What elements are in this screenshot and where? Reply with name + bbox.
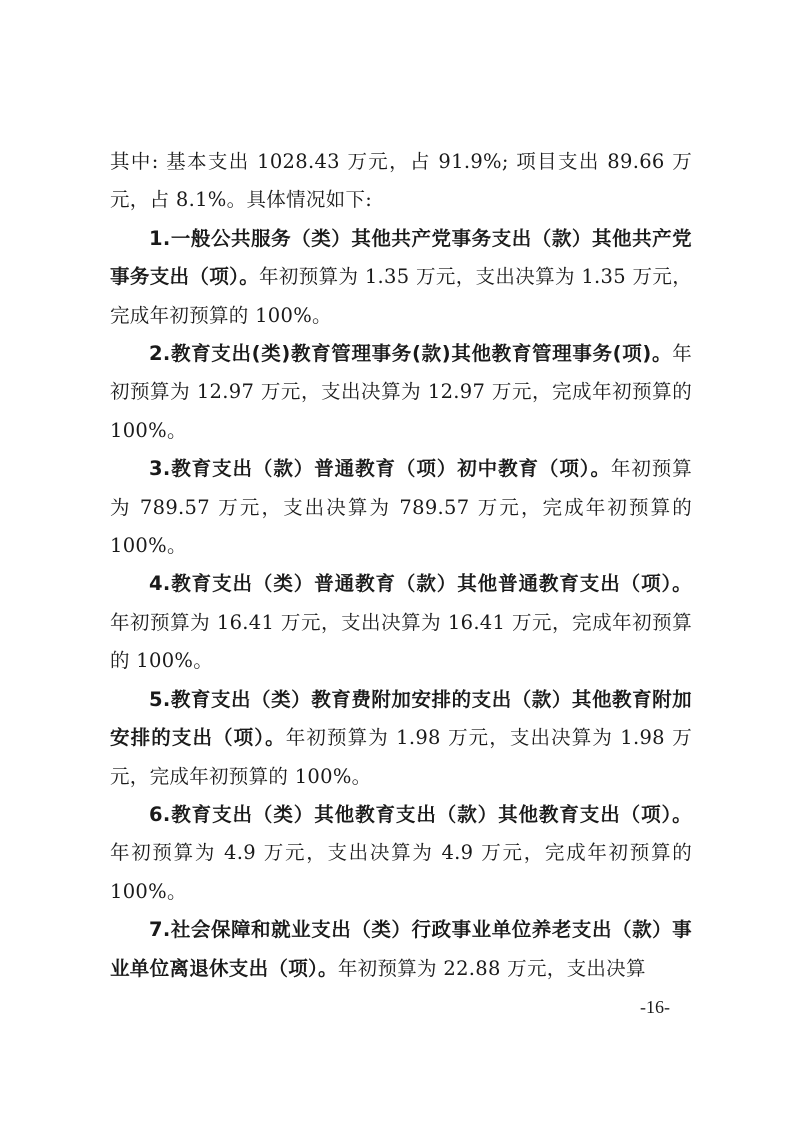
- item-paragraph-3: 3.教育支出（款）普通教育（项）初中教育（项）。年初预算为 789.57 万元，…: [110, 450, 692, 565]
- item-heading: 3.教育支出（款）普通教育（项）初中教育（项）。: [149, 457, 611, 480]
- item-paragraph-7: 7.社会保障和就业支出（类）行政事业单位养老支出（款）事业单位离退休支出（项）。…: [110, 911, 692, 988]
- item-heading: 2.教育支出(类)教育管理事务(款)其他教育管理事务(项)。: [149, 342, 672, 365]
- item-paragraph-1: 1.一般公共服务（类）其他共产党事务支出（款）其他共产党事务支出（项）。年初预算…: [110, 220, 692, 335]
- document-page: 其中: 基本支出 1028.43 万元，占 91.9%; 项目支出 89.66 …: [110, 143, 692, 988]
- intro-paragraph: 其中: 基本支出 1028.43 万元，占 91.9%; 项目支出 89.66 …: [110, 143, 692, 220]
- intro-text: 其中: 基本支出 1028.43 万元，占 91.9%; 项目支出 89.66 …: [110, 150, 692, 211]
- item-heading: 6.教育支出（类）其他教育支出（款）其他教育支出（项）。: [149, 803, 692, 826]
- item-body: 年初预算为 4.9 万元，支出决算为 4.9 万元，完成年初预算的 100%。: [110, 841, 692, 902]
- item-paragraph-5: 5.教育支出（类）教育费附加安排的支出（款）其他教育附加安排的支出（项）。年初预…: [110, 681, 692, 796]
- item-body: 年初预算为 22.88 万元，支出决算: [338, 957, 646, 980]
- item-paragraph-6: 6.教育支出（类）其他教育支出（款）其他教育支出（项）。年初预算为 4.9 万元…: [110, 796, 692, 911]
- item-paragraph-2: 2.教育支出(类)教育管理事务(款)其他教育管理事务(项)。年初预算为 12.9…: [110, 335, 692, 450]
- item-body: 年初预算为 16.41 万元，支出决算为 16.41 万元，完成年初预算的 10…: [110, 611, 692, 672]
- item-heading: 4.教育支出（类）普通教育（款）其他普通教育支出（项）。: [149, 572, 692, 595]
- page-number: -16-: [640, 997, 670, 1018]
- item-paragraph-4: 4.教育支出（类）普通教育（款）其他普通教育支出（项）。年初预算为 16.41 …: [110, 565, 692, 680]
